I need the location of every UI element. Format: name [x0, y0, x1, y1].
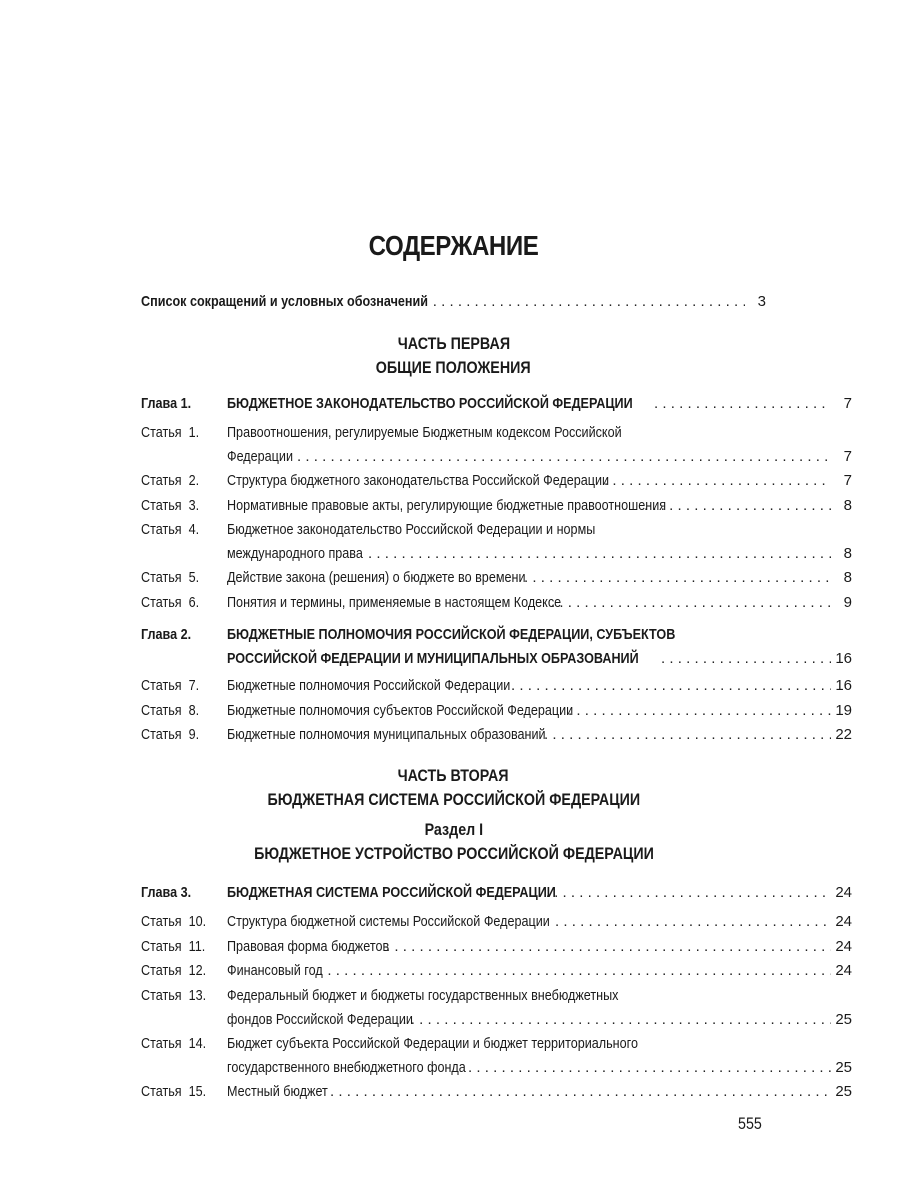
leader-dots: ........................................…: [368, 542, 831, 566]
article-label: Статья 4.: [141, 518, 199, 542]
article-title: Действие закона (решения) о бюджете во в…: [227, 566, 525, 590]
article-label: Статья 9.: [141, 723, 199, 747]
page-ref: 22: [834, 723, 852, 747]
leader-dots: ........................................…: [468, 1056, 831, 1080]
part-heading: ЧАСТЬ ПЕРВАЯ ОБЩИЕ ПОЛОЖЕНИЯ: [141, 332, 766, 380]
chapter-title: БЮДЖЕТНОЕ ЗАКОНОДАТЕЛЬСТВО РОССИЙСКОЙ ФЕ…: [227, 392, 633, 416]
part-label: ЧАСТЬ ПЕРВАЯ: [397, 332, 509, 356]
article-label: Статья 14.: [141, 1032, 206, 1056]
leader-dots: ........................................…: [330, 1080, 831, 1104]
page-number-text: 555: [738, 1114, 762, 1134]
leader-dots: ........................................…: [511, 674, 831, 698]
leader-dots: ........................................…: [394, 1008, 831, 1032]
page-ref: 8: [834, 542, 852, 566]
article-title-line1: Федеральный бюджет и бюджеты государстве…: [227, 984, 618, 1008]
page-ref: 25: [834, 1008, 852, 1032]
page-title: СОДЕРЖАНИЕ: [185, 230, 723, 262]
part-label: ЧАСТЬ ВТОРАЯ: [398, 764, 509, 788]
part-heading: ЧАСТЬ ВТОРАЯ БЮДЖЕТНАЯ СИСТЕМА РОССИЙСКО…: [141, 764, 766, 812]
page-ref: 8: [834, 566, 852, 590]
article-title: Нормативные правовые акты, регулирующие …: [227, 494, 666, 518]
part-title: БЮДЖЕТНАЯ СИСТЕМА РОССИЙСКОЙ ФЕДЕРАЦИИ: [267, 788, 640, 812]
toc-article[interactable]: Статья 4.Бюджетное законодательство Росс…: [141, 518, 766, 566]
article-title: Понятия и термины, применяемые в настоящ…: [227, 591, 561, 615]
toc-article[interactable]: Статья 7.Бюджетные полномочия Российской…: [141, 674, 766, 698]
chapter-label: Глава 1.: [141, 392, 191, 416]
toc-article[interactable]: Статья 13.Федеральный бюджет и бюджеты г…: [141, 984, 766, 1032]
article-label: Статья 15.: [141, 1080, 206, 1104]
leader-dots: ........................................…: [604, 469, 831, 493]
article-label: Статья 1.: [141, 421, 199, 445]
article-title: государственного внебюджетного фонда: [227, 1056, 466, 1080]
article-label: Статья 7.: [141, 674, 199, 698]
page-ref: 19: [834, 699, 852, 723]
toc-article[interactable]: Статья 6.Понятия и термины, применяемые …: [141, 591, 766, 615]
page-ref: 7: [834, 392, 852, 416]
article-title: Финансовый год: [227, 959, 323, 983]
toc-article[interactable]: Статья 14.Бюджет субъекта Российской Фед…: [141, 1032, 766, 1080]
article-label: Статья 5.: [141, 566, 199, 590]
page-ref: 25: [834, 1080, 852, 1104]
leader-dots: ........................................…: [654, 392, 831, 416]
entry-text: Список сокращений и условных обозначений: [141, 290, 428, 314]
leader-dots: ........................................…: [319, 959, 831, 983]
article-label: Статья 12.: [141, 959, 206, 983]
leader-dots: ........................................…: [555, 910, 831, 934]
page-ref: 25: [834, 1056, 852, 1080]
article-title: Структура бюджетной системы Российской Ф…: [227, 910, 550, 934]
article-title-line1: Бюджетное законодательство Российской Фе…: [227, 518, 595, 542]
article-title: международного права: [227, 542, 363, 566]
page-ref: 24: [834, 881, 852, 905]
page-ref: 9: [834, 591, 852, 615]
toc-article[interactable]: Статья 1.Правоотношения, регулируемые Бю…: [141, 421, 766, 469]
part-title: ОБЩИЕ ПОЛОЖЕНИЯ: [376, 356, 531, 380]
chapter-title: РОССИЙСКОЙ ФЕДЕРАЦИИ И МУНИЦИПАЛЬНЫХ ОБР…: [227, 647, 639, 671]
section-label: Раздел I: [424, 818, 483, 842]
article-title: Бюджетные полномочия субъектов Российско…: [227, 699, 573, 723]
toc-article[interactable]: Статья 3.Нормативные правовые акты, регу…: [141, 494, 766, 518]
article-title: Федерации: [227, 445, 293, 469]
chapter-title: БЮДЖЕТНАЯ СИСТЕМА РОССИЙСКОЙ ФЕДЕРАЦИИ: [227, 881, 556, 905]
article-label: Статья 11.: [141, 935, 205, 959]
article-title: фондов Российской Федерации: [227, 1008, 413, 1032]
leader-dots: ........................................…: [433, 290, 745, 314]
toc-article[interactable]: Статья 9.Бюджетные полномочия муниципаль…: [141, 723, 766, 747]
leader-dots: ........................................…: [644, 494, 831, 518]
page-ref: 24: [834, 910, 852, 934]
chapter-label: Глава 3.: [141, 881, 191, 905]
leader-dots: ........................................…: [386, 935, 831, 959]
toc-chapter-2[interactable]: Глава 2. БЮДЖЕТНЫЕ ПОЛНОМОЧИЯ РОССИЙСКОЙ…: [141, 623, 766, 671]
page-ref: 7: [834, 469, 852, 493]
chapter-title-line1: БЮДЖЕТНЫЕ ПОЛНОМОЧИЯ РОССИЙСКОЙ ФЕДЕРАЦИ…: [227, 623, 675, 647]
article-label: Статья 6.: [141, 591, 199, 615]
page-ref: 16: [834, 647, 852, 671]
section-title: БЮДЖЕТНОЕ УСТРОЙСТВО РОССИЙСКОЙ ФЕДЕРАЦИ…: [254, 842, 654, 866]
page-ref: 16: [834, 674, 852, 698]
toc-article[interactable]: Статья 5.Действие закона (решения) о бюд…: [141, 566, 766, 590]
article-label: Статья 2.: [141, 469, 199, 493]
article-title: Местный бюджет: [227, 1080, 328, 1104]
leader-dots: ........................................…: [524, 566, 831, 590]
leader-dots: ........................................…: [661, 647, 831, 671]
page-number: 555: [738, 1114, 766, 1134]
page-ref: 24: [834, 935, 852, 959]
article-label: Статья 13.: [141, 984, 206, 1008]
toc-chapter-3[interactable]: Глава 3. БЮДЖЕТНАЯ СИСТЕМА РОССИЙСКОЙ ФЕ…: [141, 881, 766, 905]
article-title: Правовая форма бюджетов: [227, 935, 389, 959]
toc-article[interactable]: Статья 12.Финансовый год................…: [141, 959, 766, 983]
article-title-line1: Правоотношения, регулируемые Бюджетным к…: [227, 421, 622, 445]
chapter-label: Глава 2.: [141, 623, 191, 647]
leader-dots: ........................................…: [297, 445, 831, 469]
leader-dots: ........................................…: [551, 591, 831, 615]
leader-dots: ........................................…: [568, 699, 831, 723]
section-heading: Раздел I БЮДЖЕТНОЕ УСТРОЙСТВО РОССИЙСКОЙ…: [141, 818, 766, 866]
toc-chapter-1[interactable]: Глава 1. БЮДЖЕТНОЕ ЗАКОНОДАТЕЛЬСТВО РОСС…: [141, 392, 766, 416]
article-label: Статья 8.: [141, 699, 199, 723]
toc-article[interactable]: Статья 10.Структура бюджетной системы Ро…: [141, 910, 766, 934]
page-ref: 3: [748, 290, 766, 314]
article-title: Бюджетные полномочия муниципальных образ…: [227, 723, 546, 747]
page-ref: 8: [834, 494, 852, 518]
article-title-line1: Бюджет субъекта Российской Федерации и б…: [227, 1032, 638, 1056]
article-title: Структура бюджетного законодательства Ро…: [227, 469, 609, 493]
leader-dots: ........................................…: [544, 723, 831, 747]
toc-article[interactable]: Статья 15.Местный бюджет................…: [141, 1080, 766, 1104]
article-label: Статья 3.: [141, 494, 199, 518]
article-title: Бюджетные полномочия Российской Федераци…: [227, 674, 510, 698]
toc-article[interactable]: Статья 8.Бюджетные полномочия субъектов …: [141, 699, 766, 723]
article-label: Статья 10.: [141, 910, 206, 934]
page-ref: 7: [834, 445, 852, 469]
toc-article[interactable]: Статья 2.Структура бюджетного законодате…: [141, 469, 766, 493]
leader-dots: ........................................…: [529, 881, 831, 905]
page-ref: 24: [834, 959, 852, 983]
toc-article[interactable]: Статья 11.Правовая форма бюджетов.......…: [141, 935, 766, 959]
